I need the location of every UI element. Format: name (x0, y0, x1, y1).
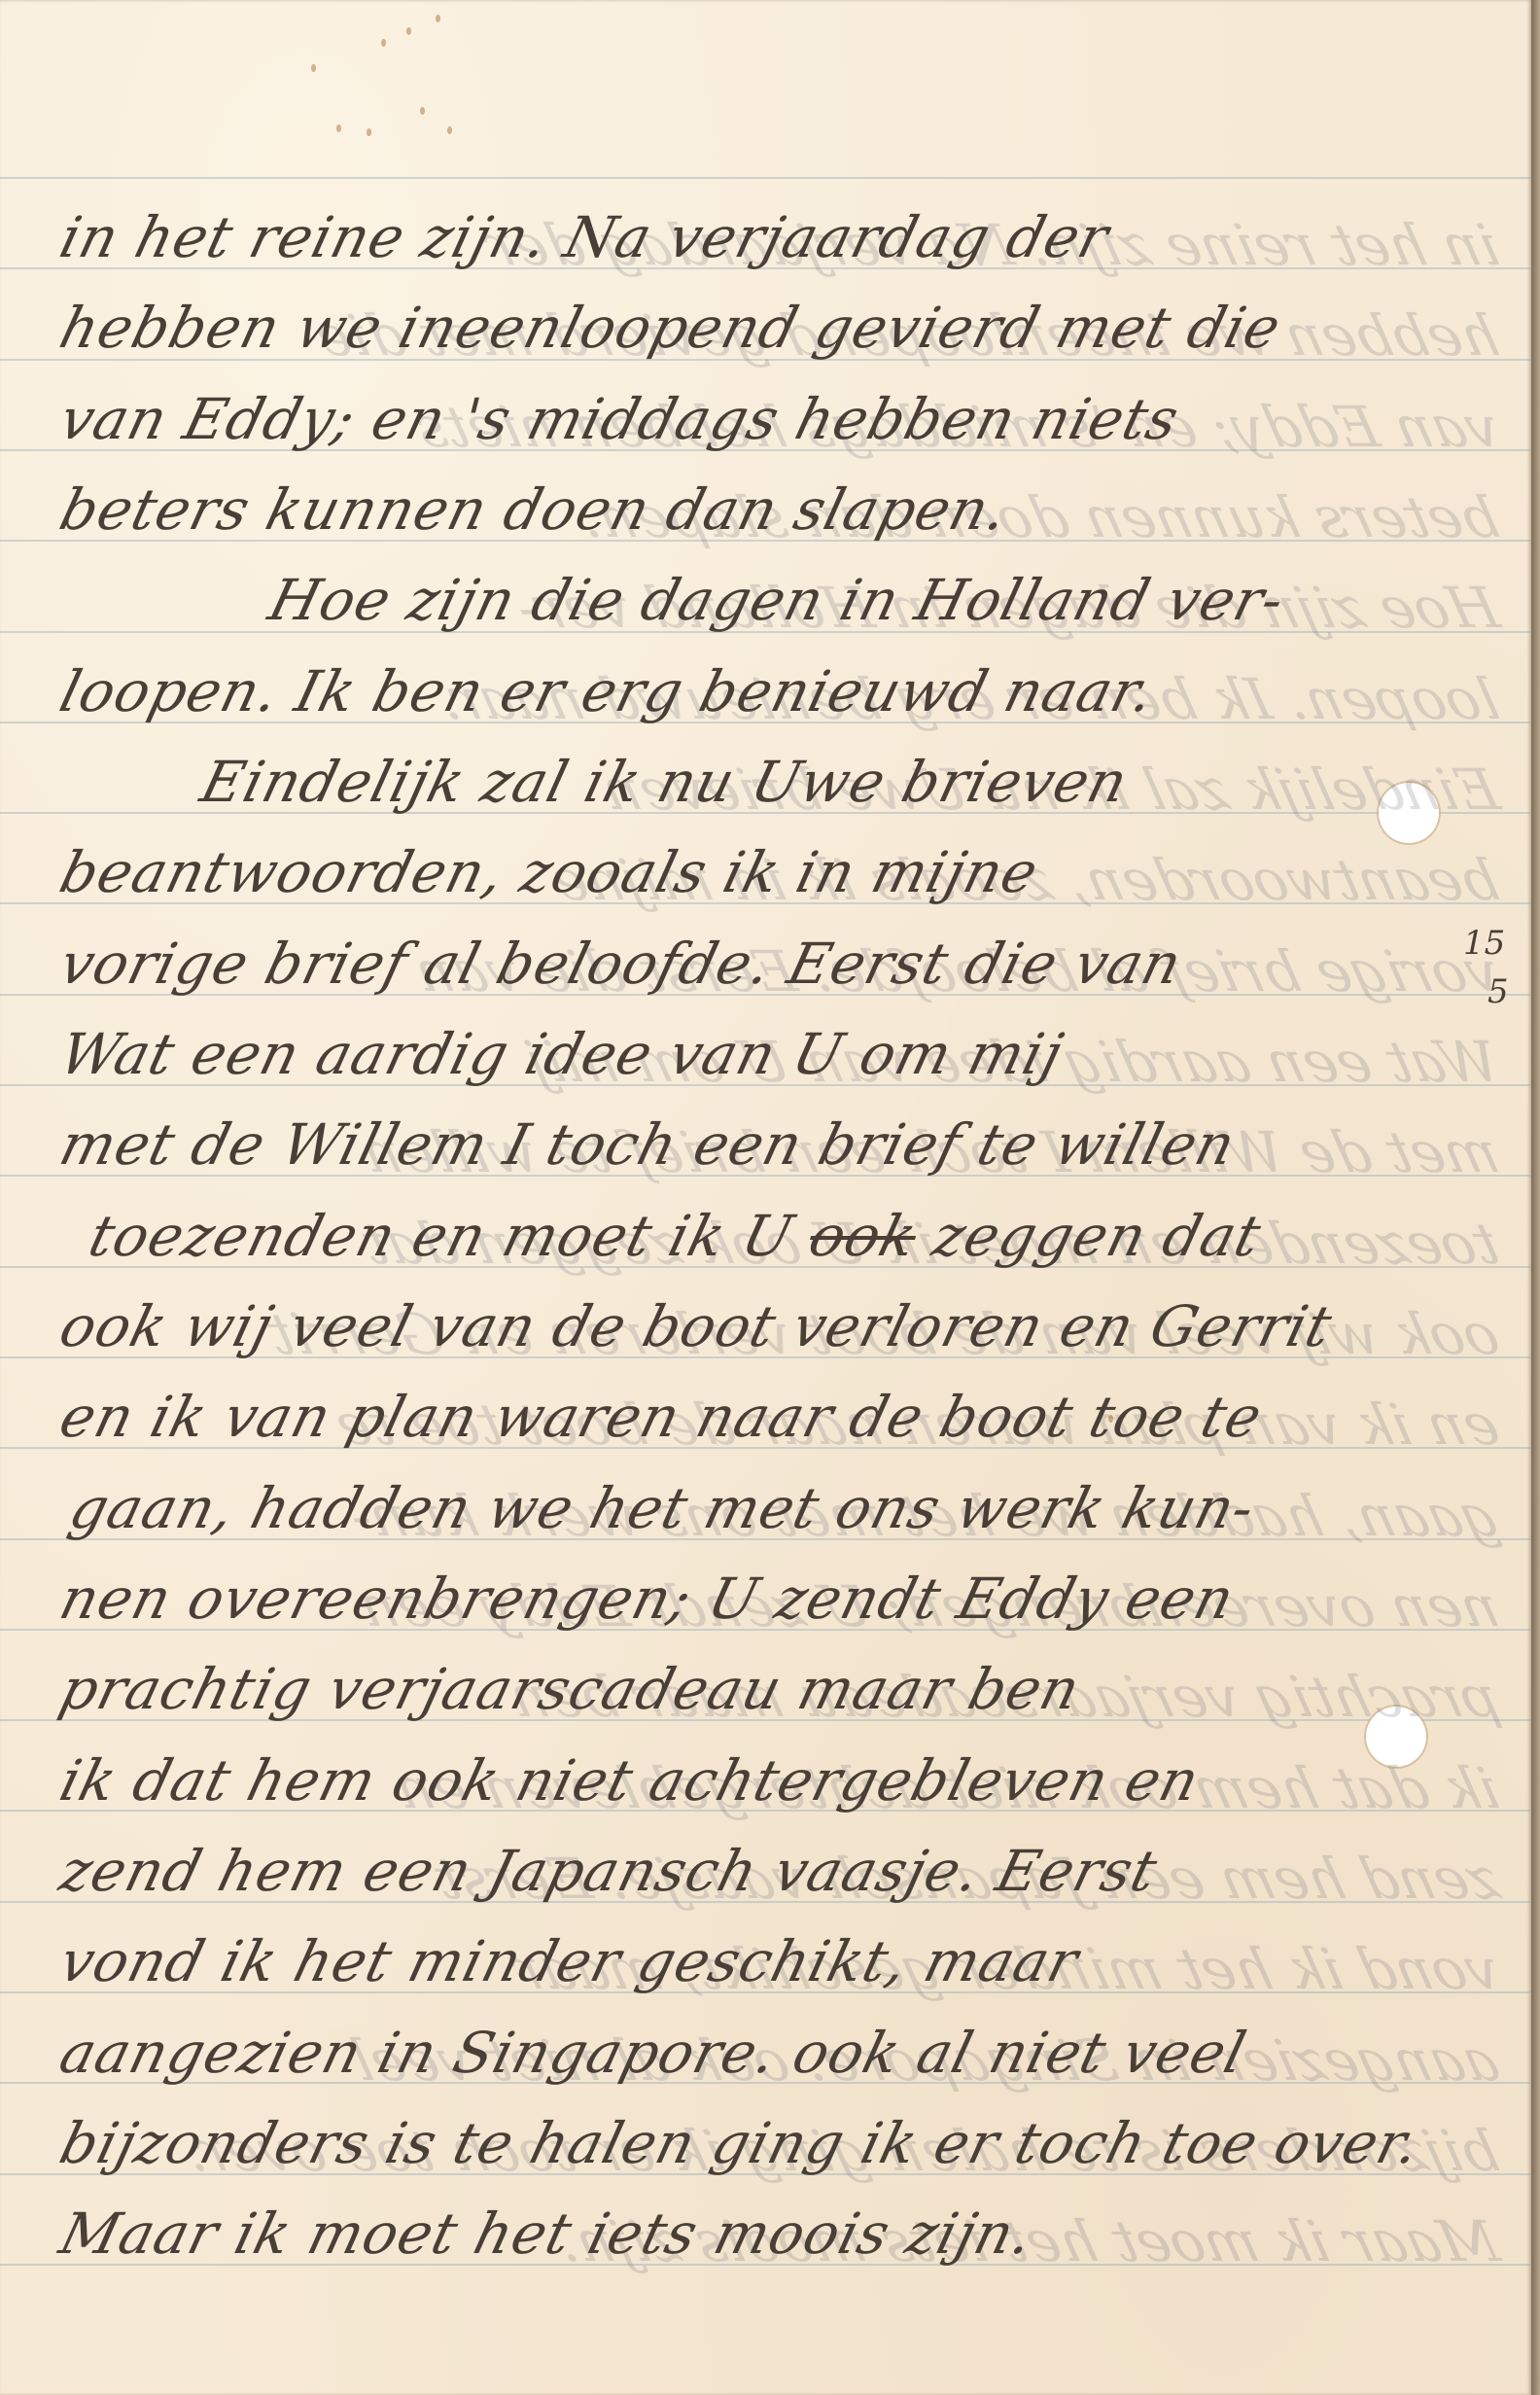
handwritten-line: toezenden en moet ik U ook zeggen dat (83, 1203, 1268, 1269)
struck-word: ook (803, 1203, 925, 1269)
handwritten-line: aangezien in Singapore. ook al niet veel (53, 2020, 1253, 2086)
handwritten-line: Wat een aardig idee van U om mij (53, 1021, 1070, 1087)
ruled-line (0, 177, 1531, 179)
handwritten-line: prachtig verjaarscadeau maar ben (53, 1656, 1087, 1722)
foxing-spot (447, 126, 452, 134)
handwritten-line: en ik van plan waren naar de boot toe te (53, 1384, 1269, 1450)
handwritten-line: bijzonders is te halen ging ik er toch t… (53, 2110, 1427, 2176)
handwritten-line: Maar ik moet het iets moois zijn. (53, 2201, 1040, 2267)
handwritten-line: Hoe zijn die dagen in Holland ver- (262, 567, 1291, 633)
handwritten-line: loopen. Ik ben er erg benieuwd naar. (53, 658, 1161, 724)
handwritten-line: vorige brief al beloofde. Eerst die van (53, 931, 1189, 997)
letter-paper: Maar ik moet het iets moois zijn.bijzond… (0, 0, 1531, 2395)
handwritten-line: met de Willem I toch een brief te willen (53, 1111, 1242, 1178)
foxing-spot (420, 107, 425, 115)
handwritten-line: ook wij veel van de boot verloren en Ger… (53, 1293, 1339, 1359)
date-note-month: 5 (1487, 972, 1509, 1011)
date-note-day: 15 (1463, 924, 1505, 963)
handwritten-line: vond ik het minder geschikt, maar (53, 1928, 1085, 1994)
handwritten-line: ik dat hem ook niet achtergebleven en (53, 1747, 1207, 1814)
letter-scan: Maar ik moet het iets moois zijn.bijzond… (0, 0, 1540, 2395)
handwritten-line: gaan, hadden we het met ons werk kun- (63, 1475, 1262, 1541)
foxing-spot (436, 15, 440, 22)
handwritten-line: Eindelijk zal ik nu Uwe brieven (194, 749, 1135, 815)
handwritten-line: in het reine zijn. Na verjaardag der (53, 204, 1116, 270)
handwritten-line: beters kunnen doen dan slapen. (53, 476, 1015, 543)
foxing-spot (367, 128, 371, 136)
handwritten-line: beantwoorden, zooals ik in mijne (53, 839, 1045, 905)
foxing-spot (336, 124, 341, 132)
handwritten-line: hebben we ineenloopend gevierd met die (53, 295, 1288, 361)
foxing-spot (381, 39, 386, 47)
handwritten-line: zend hem een Japansch vaasje. Eerst (53, 1838, 1165, 1904)
foxing-spot (406, 27, 411, 35)
handwritten-line: van Eddy; en 's middags hebben niets (53, 386, 1186, 452)
foxing-spot (311, 64, 316, 72)
date-note: 15 (1463, 924, 1505, 963)
handwritten-line: nen overeenbrengen; U zendt Eddy een (53, 1566, 1242, 1632)
page-edge-shadow (1531, 0, 1540, 2395)
